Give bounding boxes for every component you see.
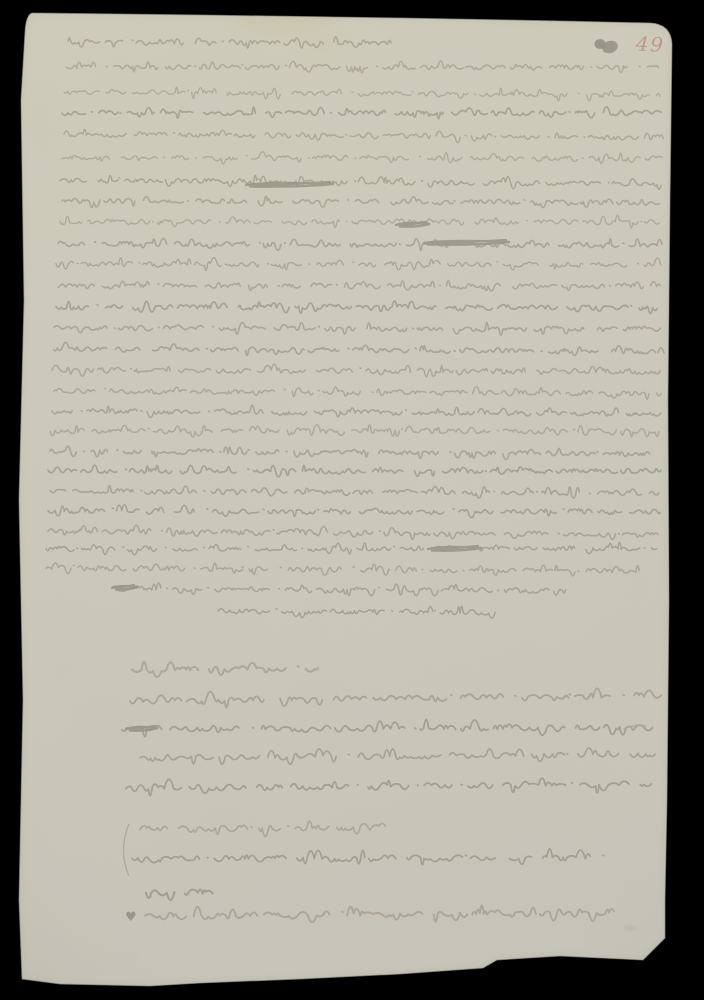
photo-background: ♥ 49 <box>0 0 704 1000</box>
manuscript-page: ♥ 49 <box>0 0 704 1000</box>
paper-rim <box>19 13 672 986</box>
